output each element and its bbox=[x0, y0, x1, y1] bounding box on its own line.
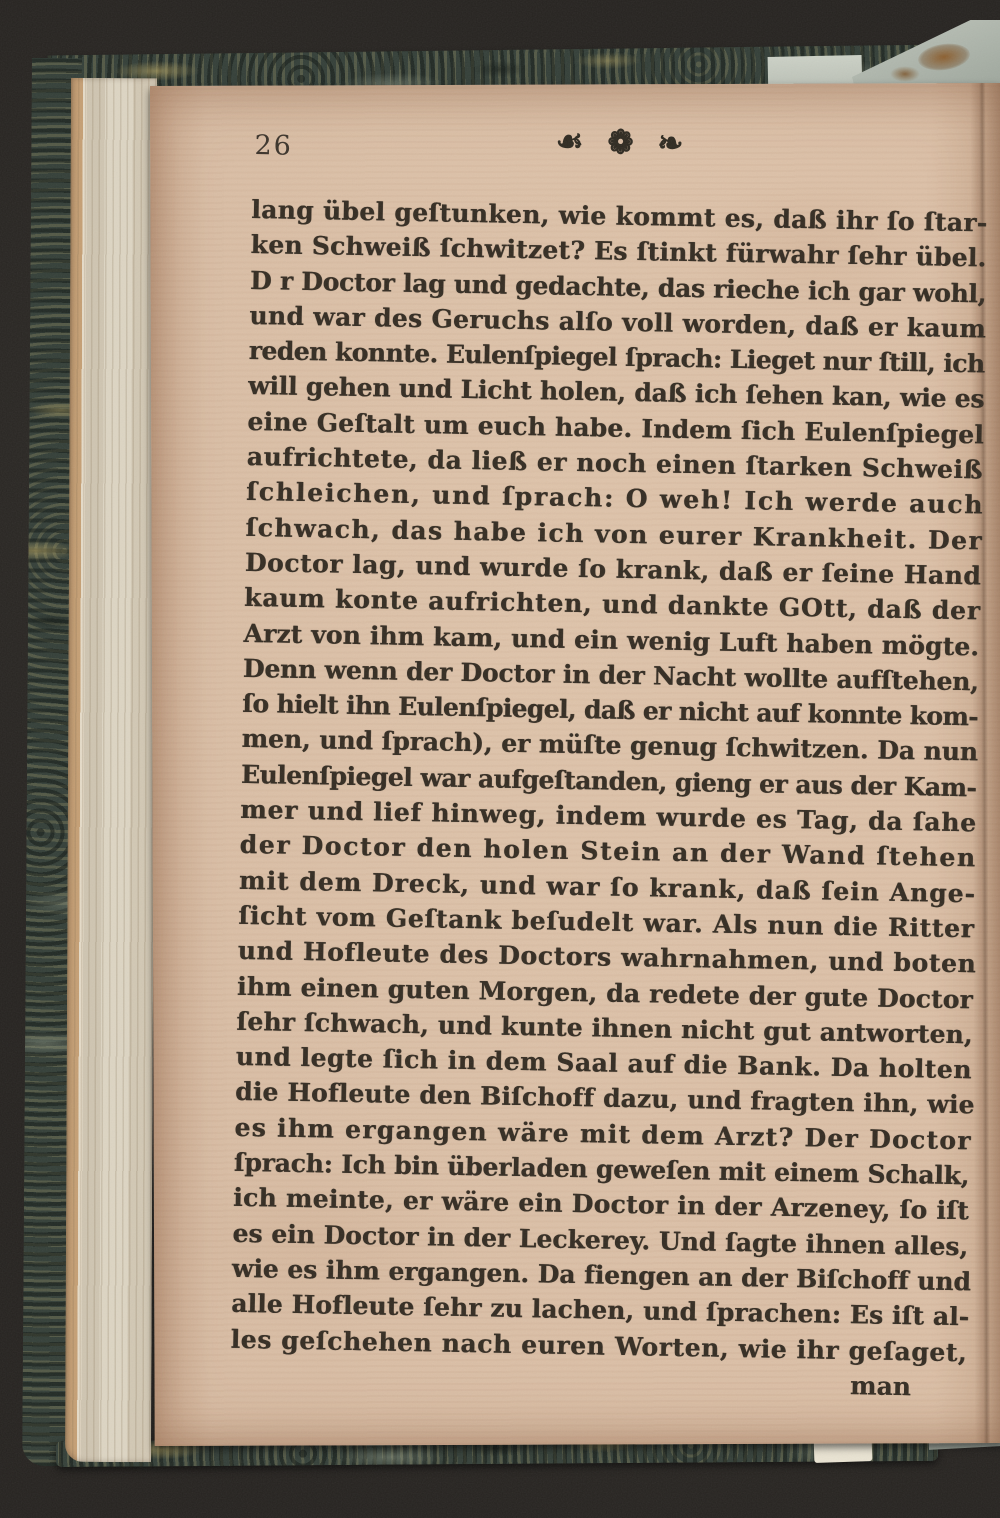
cover-stain-small bbox=[890, 66, 920, 82]
fleuron-left-icon: ☙ bbox=[555, 123, 583, 161]
scanned-book-photo: { "document": { "page_number": "26", "or… bbox=[0, 0, 1000, 1518]
fleuron-right-icon: ❧ bbox=[657, 125, 684, 163]
page-number: 26 bbox=[254, 130, 293, 162]
body-text: lang übel geſtunken, wie kommt es, daß i… bbox=[230, 192, 988, 1370]
rosette-icon: ❁ bbox=[607, 124, 634, 162]
fore-edge-page-stack bbox=[65, 78, 157, 1462]
page-header: 26 ☙ ❁ ❧ bbox=[252, 118, 990, 205]
header-ornament-row: ☙ ❁ ❧ bbox=[534, 123, 705, 162]
printed-text-block: 26 ☙ ❁ ❧ lang übel geſtunken, wie kommt … bbox=[230, 118, 990, 1405]
